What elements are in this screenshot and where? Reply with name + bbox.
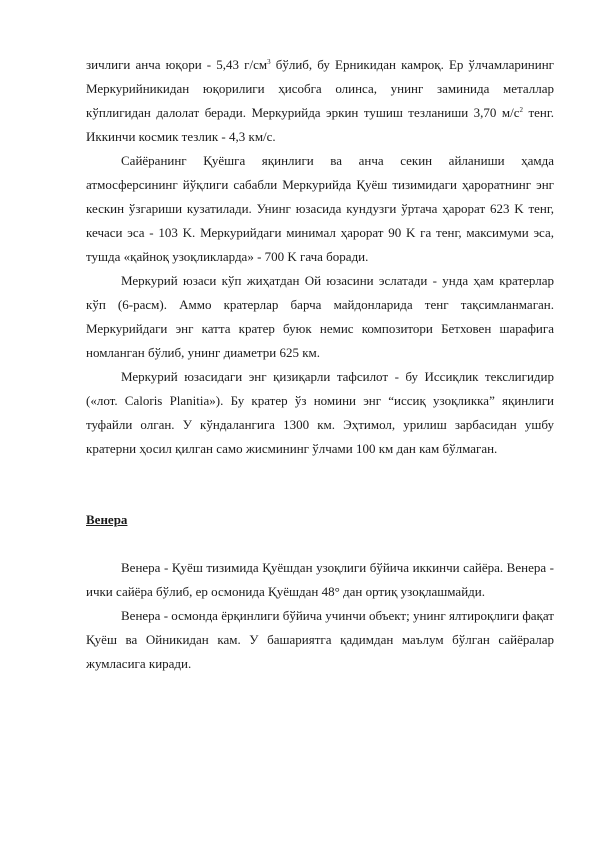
spacer — [86, 461, 554, 508]
paragraph-venus-intro: Венера - Қуёш тизимида Қуёшдан узоқлиги … — [86, 556, 554, 604]
section-heading-venus: Венера — [86, 508, 554, 532]
paragraph-mercury-temperature: Сайёранинг Қуёшга яқинлиги ва анча секин… — [86, 149, 554, 269]
paragraph-venus-brightness: Венера - осмонда ёрқинлиги бўйича учинчи… — [86, 604, 554, 676]
document-page: зичлиги анча юқори - 5,43 г/см3 бўлиб, б… — [86, 53, 554, 676]
paragraph-mercury-surface: Меркурий юзаси кўп жиҳатдан Ой юзасини э… — [86, 269, 554, 365]
text-run: зичлиги анча юқори - 5,43 г/см — [86, 57, 267, 72]
paragraph-mercury-density: зичлиги анча юқори - 5,43 г/см3 бўлиб, б… — [86, 53, 554, 149]
spacer — [86, 532, 554, 556]
paragraph-mercury-caloris: Меркурий юзасидаги энг қизиқарли тафсило… — [86, 365, 554, 461]
